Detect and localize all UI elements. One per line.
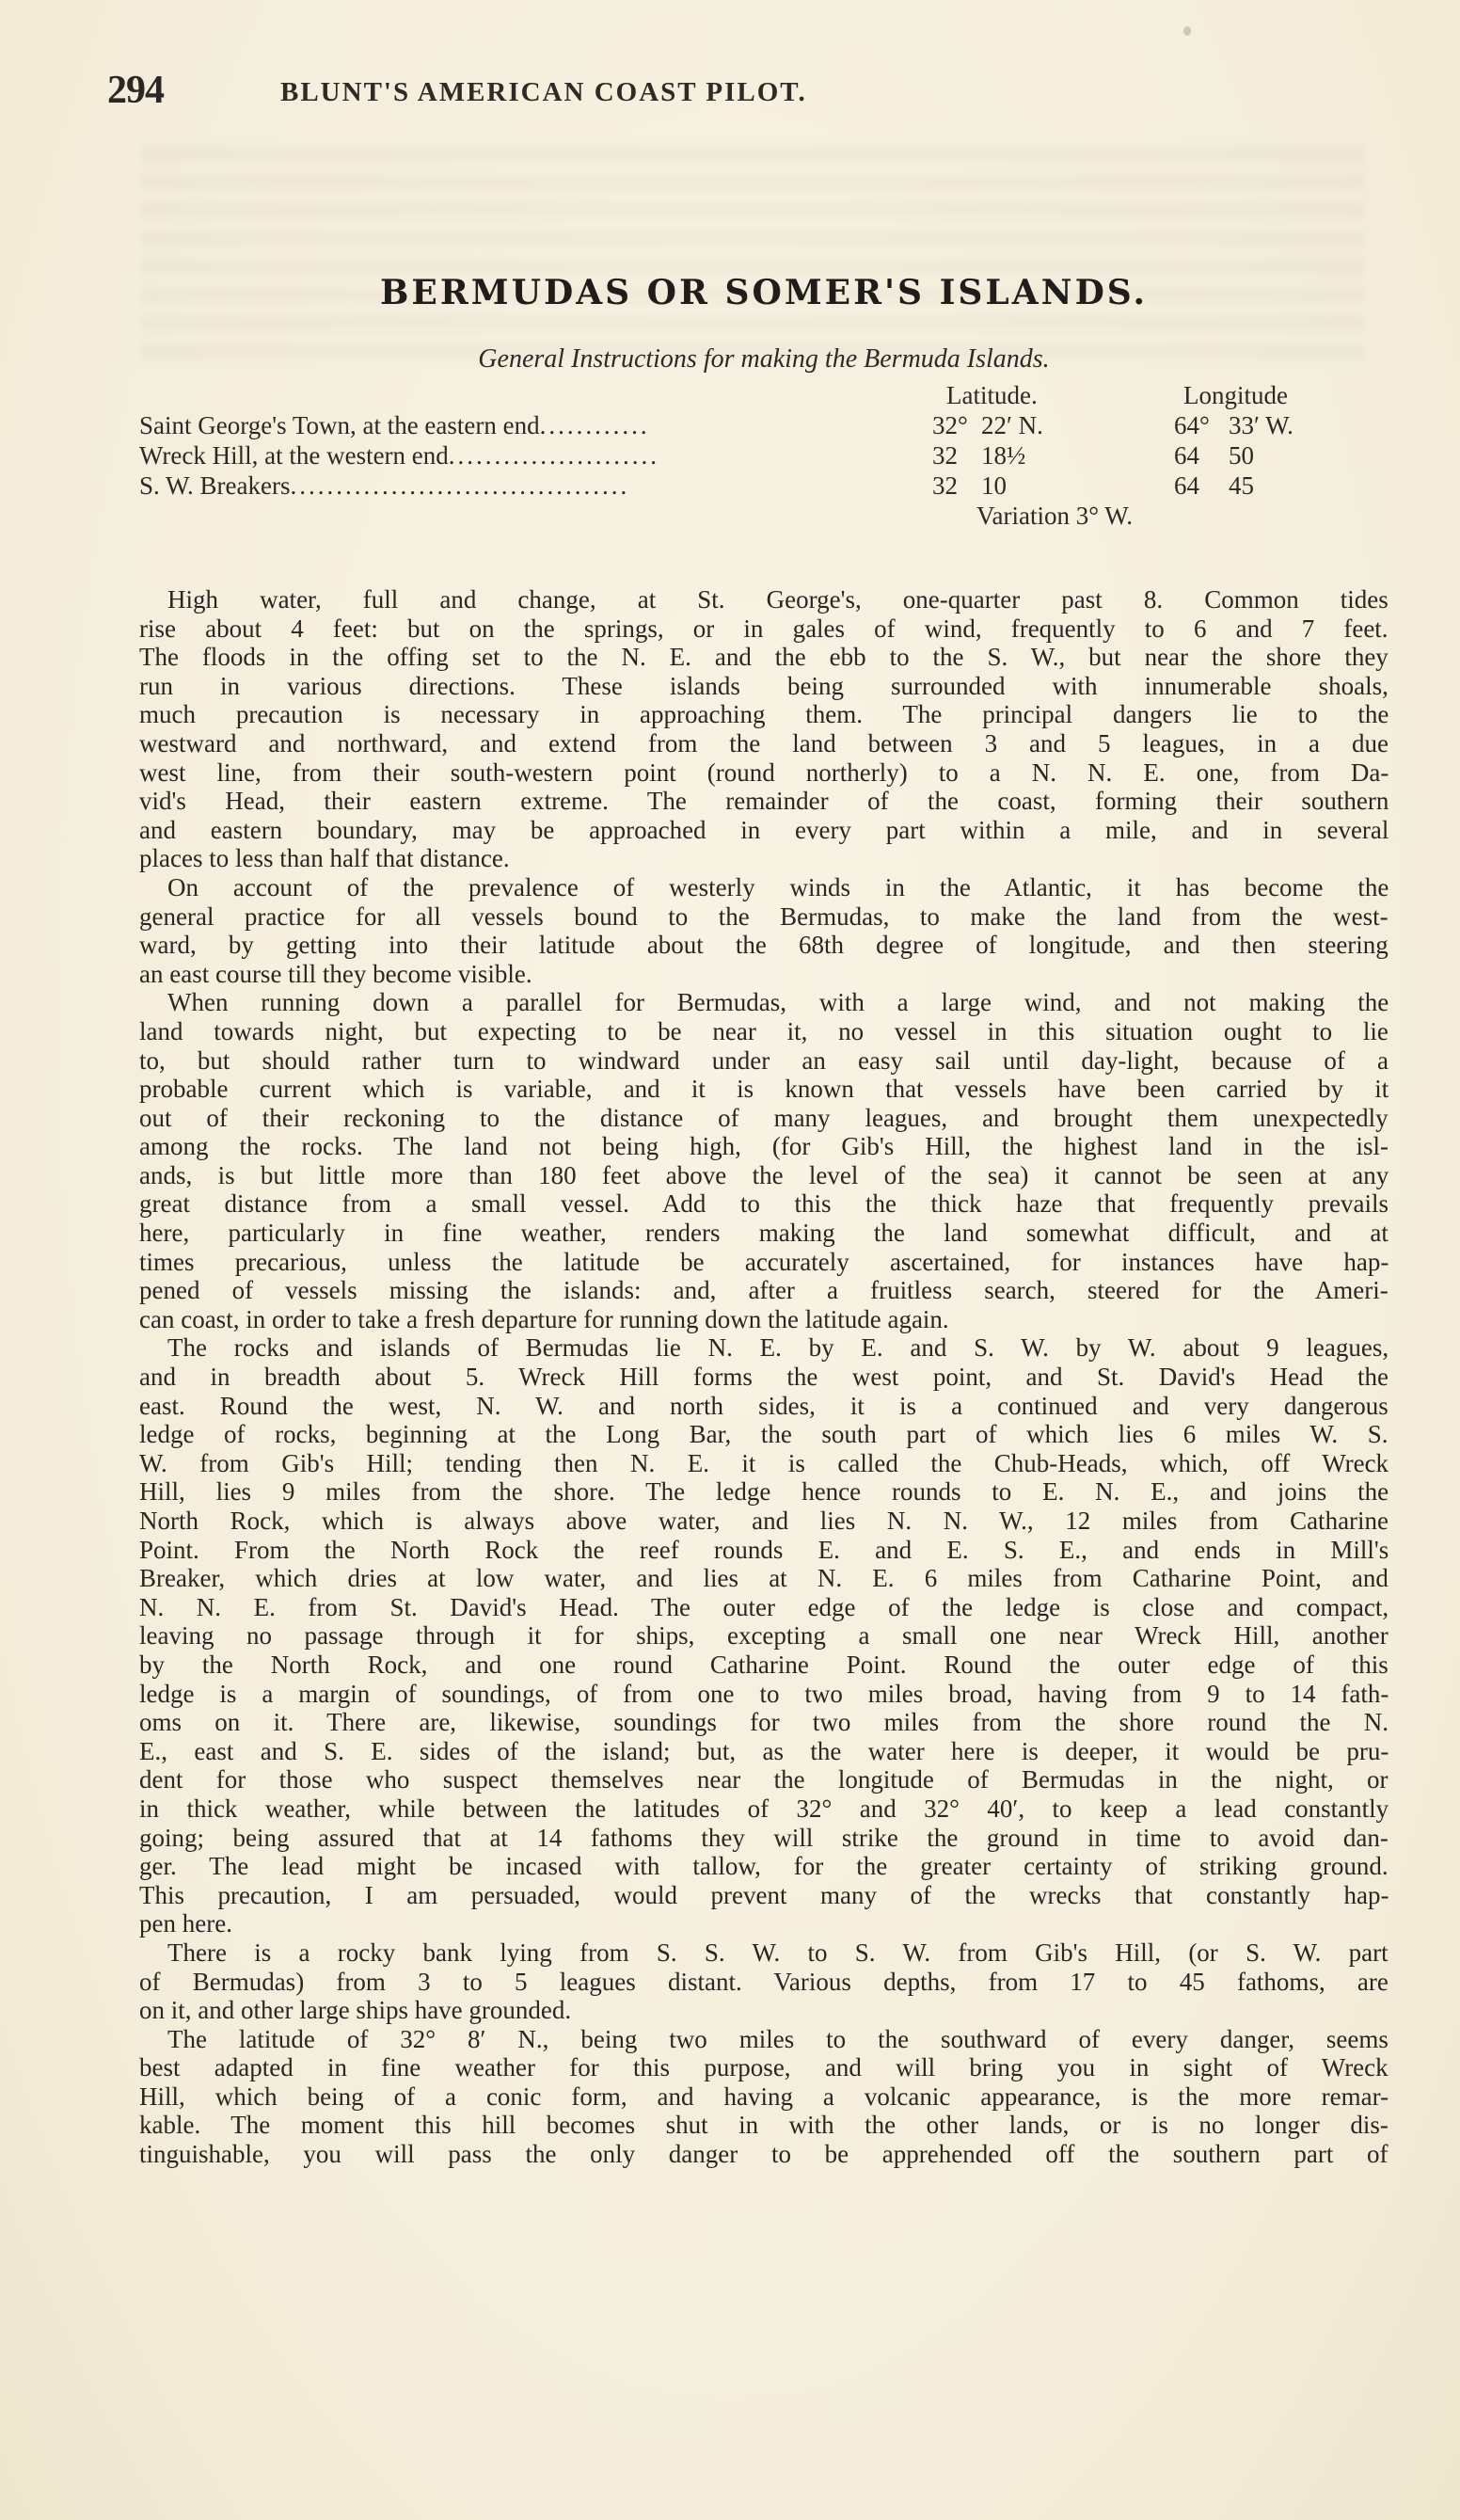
- longitude-degrees: 64: [1174, 471, 1199, 501]
- text-line: places to less than half that distance.: [139, 844, 1389, 873]
- longitude-minutes: 50: [1229, 440, 1254, 471]
- text-line: ands, is but little more than 180 feet a…: [139, 1161, 1389, 1190]
- text-line: among the rocks. The land not being high…: [139, 1132, 1389, 1161]
- text-line: going; being assured that at 14 fathoms …: [139, 1824, 1389, 1853]
- longitude-degrees: 64°: [1174, 410, 1210, 440]
- text-line: to, but should rather turn to windward u…: [139, 1046, 1389, 1076]
- text-line: dent for those who suspect themselves ne…: [139, 1765, 1389, 1794]
- text-line: High water, full and change, at St. Geor…: [139, 585, 1389, 614]
- text-line: of Bermudas) from 3 to 5 leagues distant…: [139, 1968, 1389, 1997]
- longitude-minutes: 33′ W.: [1229, 410, 1293, 440]
- text-line: general practice for all vessels bound t…: [139, 902, 1389, 932]
- text-line: ward, by getting into their latitude abo…: [139, 931, 1389, 960]
- text-line: in thick weather, while between the lati…: [139, 1794, 1389, 1824]
- text-line: ledge of rocks, beginning at the Long Ba…: [139, 1420, 1389, 1449]
- coordinate-row: S. W. Breakers..........................…: [139, 471, 1389, 501]
- latitude-minutes: 18½: [981, 440, 1025, 471]
- body-text: High water, full and change, at St. Geor…: [139, 585, 1389, 2169]
- paragraph: High water, full and change, at St. Geor…: [139, 585, 1389, 873]
- text-line: ger. The lead might be incased with tall…: [139, 1852, 1389, 1881]
- text-line: run in various directions. These islands…: [139, 672, 1389, 701]
- book-title: BLUNT'S AMERICAN COAST PILOT.: [280, 77, 807, 108]
- text-line: W. from Gib's Hill; tending then N. E. i…: [139, 1449, 1389, 1478]
- text-line: an east course till they become visible.: [139, 960, 1389, 989]
- text-line: rise about 4 feet: but on the springs, o…: [139, 614, 1389, 644]
- text-line: out of their reckoning to the distance o…: [139, 1104, 1389, 1133]
- dot-leader: ............: [540, 411, 650, 439]
- text-line: The rocks and islands of Bermudas lie N.…: [139, 1333, 1389, 1363]
- text-line: vid's Head, their eastern extreme. The r…: [139, 787, 1389, 816]
- text-line: can coast, in order to take a fresh depa…: [139, 1305, 1389, 1334]
- text-line: west line, from their south-western poin…: [139, 758, 1389, 788]
- latitude-degrees: 32°: [932, 410, 970, 440]
- longitude-header: Longitude: [1183, 380, 1288, 410]
- coordinates-table: Latitude. Longitude Saint George's Town,…: [139, 380, 1389, 531]
- latitude-minutes: 10: [981, 471, 1007, 501]
- text-line: E., east and S. E. sides of the island; …: [139, 1737, 1389, 1766]
- place-name: Wreck Hill, at the western end..........…: [139, 440, 932, 471]
- text-line: Breaker, which dries at low water, and l…: [139, 1564, 1389, 1593]
- text-line: There is a rocky bank lying from S. S. W…: [139, 1938, 1389, 1968]
- dot-leader: .......................: [449, 441, 659, 470]
- text-line: westward and northward, and extend from …: [139, 729, 1389, 758]
- paper-smudge: [1183, 26, 1191, 36]
- text-line: best adapted in fine weather for this pu…: [139, 2053, 1389, 2082]
- text-line: kable. The moment this hill becomes shut…: [139, 2111, 1389, 2140]
- page-number: 294: [107, 68, 164, 113]
- text-line: pened of vessels missing the islands: an…: [139, 1276, 1389, 1305]
- text-line: Hill, lies 9 miles from the shore. The l…: [139, 1477, 1389, 1507]
- paragraph: There is a rocky bank lying from S. S. W…: [139, 1938, 1389, 2025]
- text-line: and in breadth about 5. Wreck Hill forms…: [139, 1363, 1389, 1392]
- text-line: The latitude of 32° 8′ N., being two mil…: [139, 2025, 1389, 2054]
- place-name: Saint George's Town, at the eastern end.…: [139, 410, 932, 440]
- text-line: times precarious, unless the latitude be…: [139, 1248, 1389, 1277]
- text-line: here, particularly in fine weather, rend…: [139, 1219, 1389, 1248]
- show-through-text: [141, 141, 1364, 367]
- coordinates-header: Latitude. Longitude: [139, 380, 1389, 410]
- chapter-subtitle: General Instructions for making the Berm…: [139, 344, 1389, 375]
- text-line: and eastern boundary, may be approached …: [139, 816, 1389, 845]
- text-line: on it, and other large ships have ground…: [139, 1996, 1389, 2025]
- text-line: probable current which is variable, and …: [139, 1075, 1389, 1104]
- text-line: tinguishable, you will pass the only dan…: [139, 2140, 1389, 2169]
- paragraph: The latitude of 32° 8′ N., being two mil…: [139, 2025, 1389, 2169]
- dot-leader: .....................................: [290, 471, 629, 500]
- paragraph: On account of the prevalence of westerly…: [139, 873, 1389, 988]
- coordinate-row: Wreck Hill, at the western end..........…: [139, 440, 1389, 471]
- longitude-minutes: 45: [1229, 471, 1254, 501]
- text-line: Hill, which being of a conic form, and h…: [139, 2082, 1389, 2112]
- latitude-header: Latitude.: [946, 380, 1038, 410]
- latitude-degrees: 32: [932, 471, 970, 501]
- running-head: 294 BLUNT'S AMERICAN COAST PILOT.: [139, 68, 1389, 115]
- paragraph: The rocks and islands of Bermudas lie N.…: [139, 1333, 1389, 1938]
- text-line: The floods in the offing set to the N. E…: [139, 643, 1389, 672]
- chapter-title: BERMUDAS OR SOMER'S ISLANDS.: [139, 273, 1389, 312]
- longitude-degrees: 64: [1174, 440, 1199, 471]
- coordinate-row: Saint George's Town, at the eastern end.…: [139, 410, 1389, 440]
- text-line: much precaution is necessary in approach…: [139, 700, 1389, 729]
- text-line: On account of the prevalence of westerly…: [139, 873, 1389, 902]
- text-line: east. Round the west, N. W. and north si…: [139, 1392, 1389, 1421]
- text-line: leaving no passage through it for ships,…: [139, 1621, 1389, 1651]
- place-name: S. W. Breakers..........................…: [139, 471, 932, 501]
- text-line: North Rock, which is always above water,…: [139, 1507, 1389, 1536]
- text-line: N. N. E. from St. David's Head. The oute…: [139, 1593, 1389, 1622]
- text-line: by the North Rock, and one round Cathari…: [139, 1651, 1389, 1680]
- text-line: Point. From the North Rock the reef roun…: [139, 1536, 1389, 1565]
- text-line: great distance from a small vessel. Add …: [139, 1189, 1389, 1219]
- text-line: land towards night, but expecting to be …: [139, 1017, 1389, 1046]
- paragraph: When running down a parallel for Bermuda…: [139, 988, 1389, 1333]
- text-line: pen here.: [139, 1909, 1389, 1938]
- text-line: This precaution, I am persuaded, would p…: [139, 1881, 1389, 1910]
- latitude-degrees: 32: [932, 440, 970, 471]
- magnetic-variation: Variation 3° W.: [139, 501, 1389, 531]
- text-line: When running down a parallel for Bermuda…: [139, 988, 1389, 1017]
- text-line: ledge is a margin of soundings, of from …: [139, 1680, 1389, 1709]
- latitude-minutes: 22′ N.: [981, 410, 1043, 440]
- text-line: oms on it. There are, likewise, sounding…: [139, 1708, 1389, 1737]
